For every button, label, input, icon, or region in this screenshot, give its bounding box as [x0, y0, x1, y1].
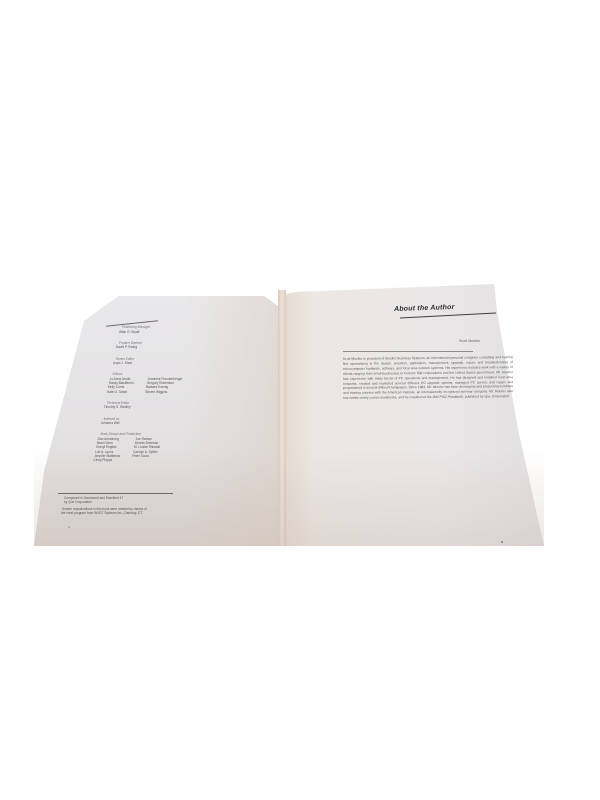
credit-name: David P. Ewing: [116, 345, 137, 349]
author-bio: Scott Mueller is president of Mueller Bu…: [343, 355, 513, 401]
credit-name: Cindy Phipps: [93, 458, 112, 462]
byline-rule: [343, 351, 473, 352]
author-byline: Scott Mueller: [459, 339, 480, 343]
bio-text: Scott Mueller is president of Mueller Bu…: [343, 355, 513, 400]
credit-name: Steven Wiggins: [145, 390, 167, 394]
credit-name: Lloyd J. Short: [113, 361, 133, 365]
credit-name: Allan G. Wyatt: [119, 330, 139, 334]
credits-bottom-rule: [58, 493, 173, 494]
colophon-line-2: by Que Corporation: [64, 500, 92, 504]
credit-name: Timothy S. Stanley: [104, 405, 131, 409]
photo-scene: Publishing ManagerAllan G. WyattProduct …: [0, 0, 600, 800]
left-folio: iv: [68, 525, 70, 529]
credit-name: Peter Tocco: [132, 454, 149, 458]
credit-name: Kate O. Talbot: [107, 390, 127, 394]
credit-name: Johanna Wet: [101, 421, 120, 425]
colophon-line-4: the Inset program from INSET Systems Inc…: [61, 511, 143, 515]
bio-tail: , published by Que Corporation.: [463, 394, 510, 398]
page-speck: [501, 541, 503, 543]
bio-book-title: IBM PS/2 Handbook: [433, 395, 463, 399]
